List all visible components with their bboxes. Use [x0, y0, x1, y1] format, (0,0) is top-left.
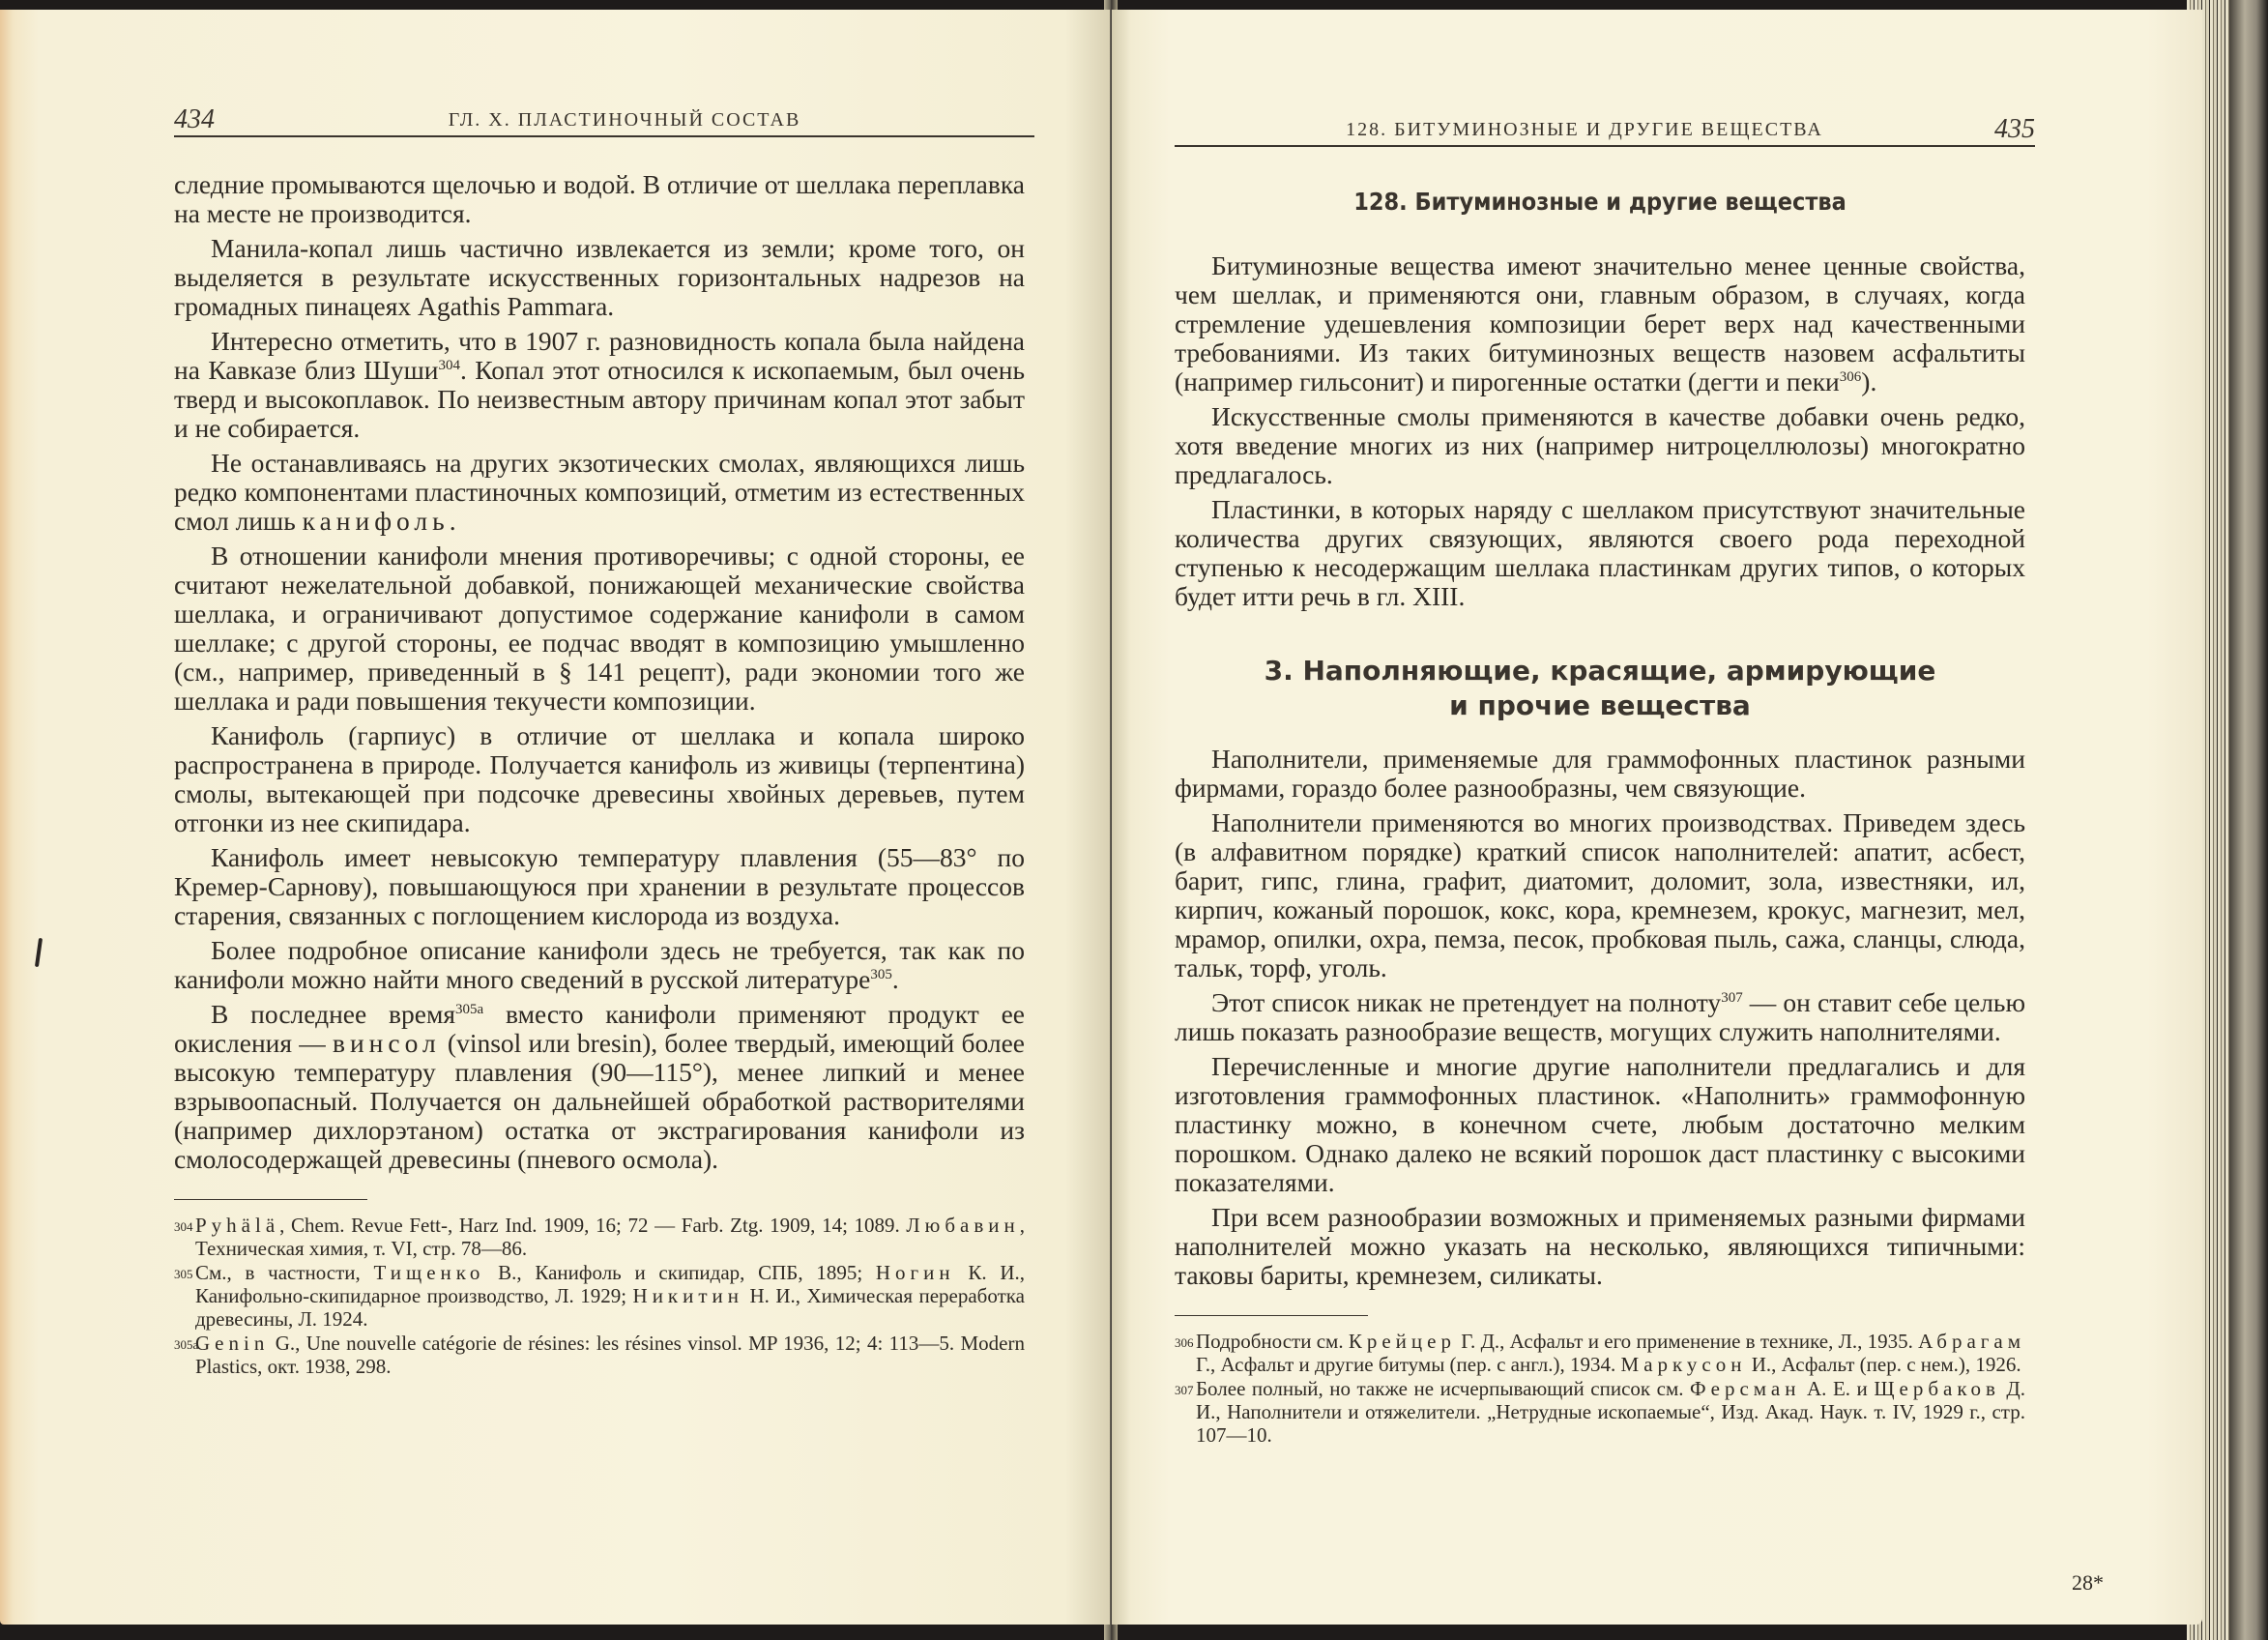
left-running-head: 434 ГЛ. X. ПЛАСТИНОЧНЫЙ СОСТАВ [174, 97, 1034, 137]
pencil-mark [35, 938, 43, 967]
part-title: 3. Наполняющие, красящие, армирующие и п… [1175, 654, 2025, 723]
paragraph: Наполнители применяются во многих произв… [1175, 808, 2025, 982]
paragraph: В последнее время305a вместо канифоли пр… [174, 1000, 1025, 1174]
paragraph: Перечисленные и многие другие наполнител… [1175, 1052, 2025, 1197]
paragraph: Не останавливаясь на других экзотических… [174, 449, 1025, 536]
book-spread: 434 ГЛ. X. ПЛАСТИНОЧНЫЙ СОСТАВ следние п… [0, 0, 2268, 1640]
paragraph: следние промываются щелочью и водой. В о… [174, 170, 1025, 228]
footnote-ref: 307 [1721, 990, 1743, 1006]
footnote-divider [174, 1199, 367, 1200]
paragraph: Манила-копал лишь частично извлекается и… [174, 234, 1025, 321]
emphasis: канифоль [303, 506, 450, 536]
section-title: 128. Битуминозные и другие вещества [1175, 188, 2025, 217]
paragraph: Искусственные смолы применяются в качест… [1175, 402, 2025, 489]
footnote: 306 Подробности см. Крейцер Г. Д., Асфал… [1175, 1330, 2025, 1376]
footnotes: 304 Pyhälä, Chem. Revue Fett-, Harz Ind.… [174, 1214, 1025, 1378]
footnotes: 306 Подробности см. Крейцер Г. Д., Асфал… [1175, 1330, 2025, 1447]
paragraph: Интересно отметить, что в 1907 г. разнов… [174, 327, 1025, 443]
emphasis: винсол [333, 1028, 441, 1058]
right-text-column: 128. Битуминозные и другие вещества Биту… [1175, 180, 2025, 1448]
footnote-ref: 304 [439, 358, 461, 373]
paragraph: Канифоль имеет невысокую температуру пла… [174, 843, 1025, 930]
signature-mark: 28* [2072, 1570, 2104, 1596]
paragraph: Битуминозные вещества имеют значительно … [1175, 251, 2025, 396]
paragraph: Пластинки, в которых наряду с шеллаком п… [1175, 495, 2025, 611]
footnote-ref: 305 [870, 967, 892, 982]
footnote: 305a Genin G., Une nouvelle catégorie de… [174, 1332, 1025, 1378]
page-number: 435 [1994, 114, 2035, 145]
footnote-ref: 305a [455, 1002, 483, 1017]
left-text-column: следние промываются щелочью и водой. В о… [174, 170, 1025, 1379]
paragraph: Этот список никак не претендует на полно… [1175, 988, 2025, 1046]
page-number: 434 [174, 104, 215, 135]
footnote-divider [1175, 1315, 1368, 1316]
paragraph: В отношении канифоли мнения противоречив… [174, 542, 1025, 716]
paragraph: Более подробное описание канифоли здесь … [174, 936, 1025, 994]
footnote: 307 Более полный, но также не исчерпываю… [1175, 1377, 2025, 1447]
footnote: 304 Pyhälä, Chem. Revue Fett-, Harz Ind.… [174, 1214, 1025, 1260]
footnote-ref: 306 [1840, 369, 1862, 385]
running-head-title: ГЛ. X. ПЛАСТИНОЧНЫЙ СОСТАВ [215, 109, 1034, 135]
paragraph: Канифоль (гарпиус) в отличие от шеллака … [174, 721, 1025, 837]
left-page: 434 ГЛ. X. ПЛАСТИНОЧНЫЙ СОСТАВ следние п… [0, 10, 1110, 1625]
right-running-head: 128. БИТУМИНОЗНЫЕ И ДРУГИЕ ВЕЩЕСТВА 435 [1175, 106, 2035, 147]
paragraph: При всем разнообразии возможных и примен… [1175, 1203, 2025, 1290]
running-head-title: 128. БИТУМИНОЗНЫЕ И ДРУГИЕ ВЕЩЕСТВА [1175, 119, 1994, 145]
paragraph: Наполнители, применяемые для граммофонны… [1175, 745, 2025, 803]
footnote: 305 См., в частности, Тищенко В., Канифо… [174, 1261, 1025, 1331]
